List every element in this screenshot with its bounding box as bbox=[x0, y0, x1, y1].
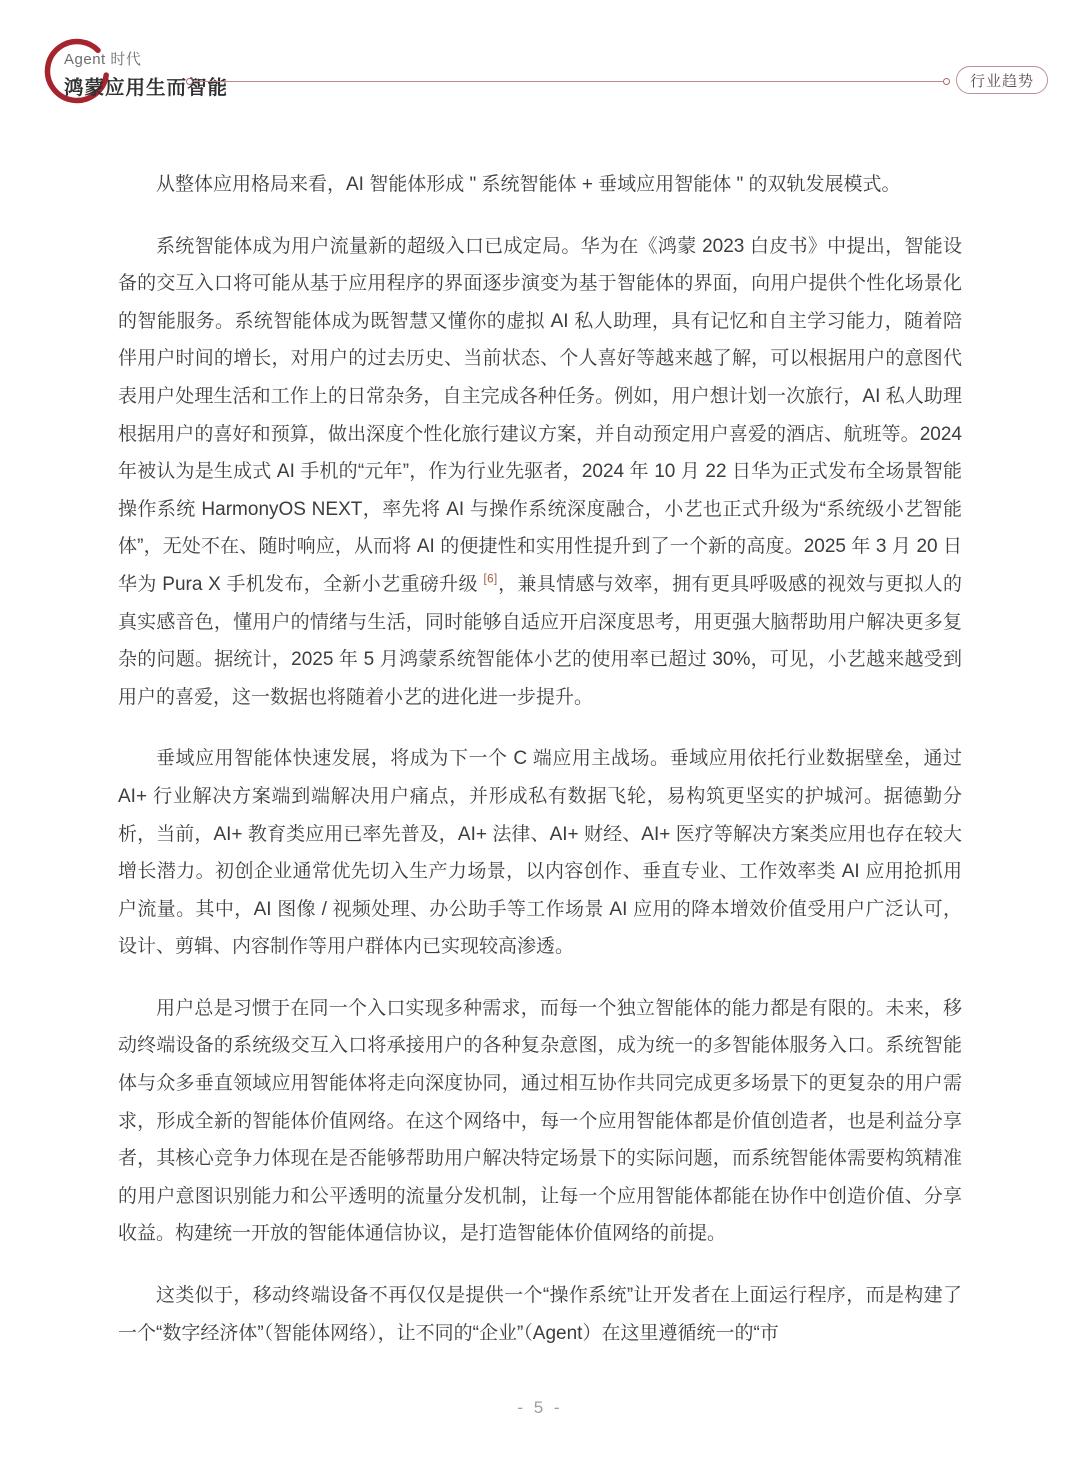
document-body: 从整体应用格局来看，AI 智能体形成 " 系统智能体 + 垂域应用智能体 " 的… bbox=[118, 166, 962, 1352]
rule-line bbox=[193, 81, 943, 82]
paragraph-agent-network: 用户总是习惯于在同一个入口实现多种需求，而每一个独立智能体的能力都是有限的。未来… bbox=[118, 990, 962, 1253]
brand-logo: Agent 时代 鸿蒙应用生而智能 bbox=[64, 48, 228, 100]
paragraph-overview: 从整体应用格局来看，AI 智能体形成 " 系统智能体 + 垂域应用智能体 " 的… bbox=[118, 166, 962, 204]
page-number: - 5 - bbox=[517, 1398, 562, 1418]
header-rule bbox=[186, 77, 950, 86]
paragraph-system-agent: 系统智能体成为用户流量新的超级入口已成定局。华为在《鸿蒙 2023 白皮书》中提… bbox=[118, 228, 962, 717]
page-header: Agent 时代 鸿蒙应用生而智能 行业趋势 bbox=[0, 0, 1080, 130]
rule-end-ring-icon bbox=[943, 78, 950, 85]
paragraph-digital-economy: 这类似于，移动终端设备不再仅仅是提供一个“操作系统”让开发者在上面运行程序，而是… bbox=[118, 1277, 962, 1352]
logo-subtitle: Agent 时代 bbox=[64, 48, 228, 69]
section-badge: 行业趋势 bbox=[956, 66, 1048, 94]
document-page: Agent 时代 鸿蒙应用生而智能 行业趋势 从整体应用格局来看，AI 智能体形… bbox=[0, 0, 1080, 1466]
page-footer: - 5 - bbox=[0, 1398, 1080, 1418]
footnote-ref-6[interactable]: [6] bbox=[483, 574, 497, 586]
paragraph-system-agent-text: 系统智能体成为用户流量新的超级入口已成定局。华为在《鸿蒙 2023 白皮书》中提… bbox=[118, 236, 962, 595]
paragraph-vertical-agent: 垂域应用智能体快速发展，将成为下一个 C 端应用主战场。垂域应用依托行业数据壁垒… bbox=[118, 740, 962, 966]
rule-start-ring-icon bbox=[186, 78, 193, 85]
